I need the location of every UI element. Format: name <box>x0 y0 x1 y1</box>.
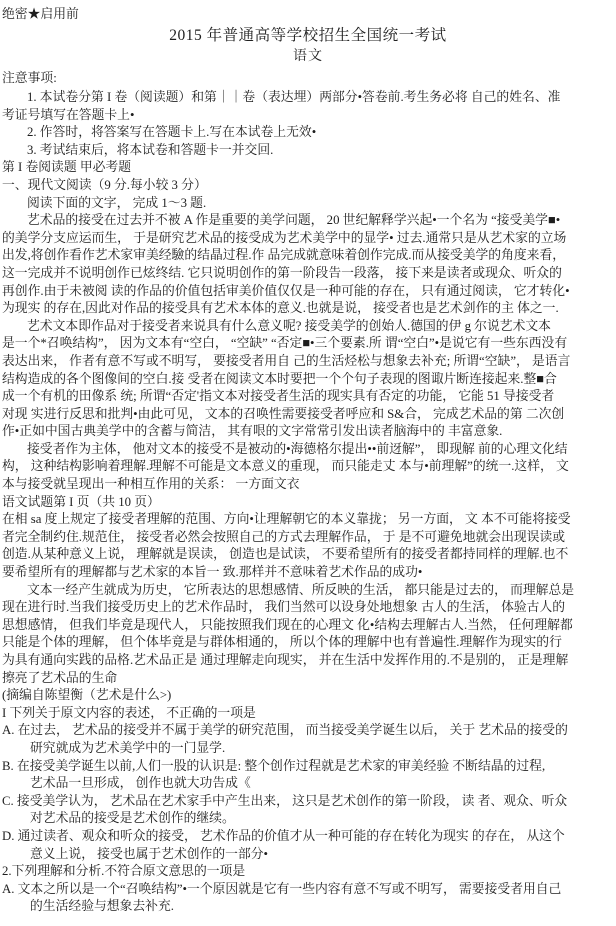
notice-heading: 注意事项: <box>2 67 614 89</box>
passage-line: 只能是个体的理解， 但个体毕竟是与群体相通的， 所以个体的理解中也有普遍性.理解… <box>2 634 614 652</box>
page-footer: 语文试题第 I 页（共 10 页） <box>2 494 614 512</box>
passage-line: 的美学分支应运而生， 于是研究艺术品的接受成为艺术美学中的显学• 过去.通常只是… <box>2 230 614 248</box>
passage-line: 成一个有机的田像系 统; 所谓“否定'指文本对接受者生活的现实具有否定的功能， … <box>2 388 614 406</box>
passage-line: 思想感情， 但我们毕竟是现代人， 只能按照我们现在的心理文 化•结构去理解古人.… <box>2 617 614 635</box>
passage-line: 是一个*召唤结构”， 因为文本有“空白， “空缺” “否定■•三个要素.所 谓“… <box>2 335 614 353</box>
passage-line: 再创作.由于未被阅 读的作品的价值包括审美价值仅仅是一种可能的存在， 只有通过阅… <box>2 283 614 301</box>
notice-item-1: 1. 本试卷分第 I 卷（阅读题）和第｜｜卷（表达埋）两部分•答卷前.考生务必将… <box>2 89 614 107</box>
passage-line: 现在进行时.当我们接受历史上的艺术作品时， 我们当然可以设身处地想象 古人的生活… <box>2 599 614 617</box>
exam-paper-page: 绝密★启用前 2015 年普通高等学校招生全国统一考试 语文 注意事项: 1. … <box>0 0 616 926</box>
exam-title: 2015 年普通高等学校招生全国统一考试 <box>2 24 614 47</box>
passage-line: 擦亮了艺术品的生命 <box>2 670 614 688</box>
passage-line: 要希望所有的理解都与艺术家的本旨一 致.那样并不意味着艺术作品的成功• <box>2 564 614 582</box>
passage-line: 出发,将创作看作艺术家审美经驗的结晶过程.作 品完成就意味着创作完成.而从接受美… <box>2 247 614 265</box>
q1-option-a: A. 在过去， 艺术品的接受并不属于美学的研究范围， 而当接受美学诞生以后， 关… <box>2 722 614 740</box>
part-one-heading: 一、现代文阅读（9 分.每小较 3 分） <box>2 177 614 195</box>
q1-option-c: C. 接受美学认为， 艺术品在艺术家手中产生出来， 这只是艺术创作的第一阶段， … <box>2 793 614 811</box>
q2-option-a: A. 文本之所以是一个“召唤结构”•一个原因就是它有一些内容有意不写或不明写， … <box>2 881 614 899</box>
classification-label: 绝密★启用前 <box>2 4 614 24</box>
notice-item-1-cont: 考证号填写在答题卡上• <box>2 107 614 125</box>
q2-option-a-cont: 的生活经验与想象去补充. <box>2 898 614 916</box>
notice-item-3: 3. 考试结束后，将本试卷和答题卡一并交回. <box>2 142 614 160</box>
question-1-stem: I 下列关于原文内容的表述， 不正确的一项是 <box>2 705 614 723</box>
passage-line: 对现 实进行反思和批判•由此可见， 文本的召唤性需要接受者呼应和 S&合， 完成… <box>2 406 614 424</box>
passage-line: 艺术品的接受在过去并不被 A 作是重要的美学问题， 20 世纪解释学兴起•一个名… <box>2 212 614 230</box>
exam-subject: 语文 <box>2 47 614 67</box>
passage-line: 为现实 的存在,因此对作品的接受具有艺术本体的意义.也就是说， 接受者也是艺术剑… <box>2 300 614 318</box>
passage-line: 接受者作为主体， 他对文本的接受不是被动的•海德格尔提出••前迓解”， 即现解 … <box>2 441 614 459</box>
passage-line: 文本一经产生就成为历史， 它所表达的思想感情、所反映的生活， 都只能是过去的， … <box>2 582 614 600</box>
passage-source: (摘编自陈望衡（艺术是什么>) <box>2 687 614 705</box>
passage-line: 创造.从某种意义上说， 理解就是误读， 创造也是试读， 不要希望所有的接受者都持… <box>2 546 614 564</box>
passage-line: 本与接受就呈现出一种相互作用的关系： 一方面文衣 <box>2 476 614 494</box>
passage-line: 者完全制约住.规范住， 接受者必然会按照自己的方式去理解作品， 于 是不可避免地… <box>2 529 614 547</box>
q1-option-b: B. 在接受美学诞生以前,人们一股的认识是: 整个创作过程就是艺术家的审美经验 … <box>2 758 614 776</box>
section-heading: 第 I 卷阅读题 甲必考题 <box>2 159 614 177</box>
passage-line: 构， 这种结构影响着理解.理解不可能是文本意义的重现， 而只能走丈 本与•前理解… <box>2 458 614 476</box>
reading-instruction: 阅读下面的文字， 完成 1～3 题. <box>2 195 614 213</box>
passage-line: 为具有通向实践的品格.艺术品正是 通过理解走向现实， 并在生活中发挥作用的.不是… <box>2 652 614 670</box>
passage-line: 表达出来， 作者有意不写或不明写， 要接受者用自 己的生活烃松与想象去补充; 所… <box>2 353 614 371</box>
q1-option-d: D. 通过读者、观众和听众的接受， 艺术作品的价值才从一种可能的存在转化为现实 … <box>2 828 614 846</box>
notice-item-2: 2. 作答时，将答案写在答题卡上.写在本试卷上无效• <box>2 124 614 142</box>
passage-line: 结构造成的各个图像间的空白.接 受者在阅读文本时要把一个个句子表现的图诹片断连接… <box>2 371 614 389</box>
lines-container: 1. 本试卷分第 I 卷（阅读题）和第｜｜卷（表达埋）两部分•答卷前.考生务必将… <box>2 89 614 916</box>
q1-option-b-cont: 艺术品一旦形成， 创作也就大功告成《 <box>2 775 614 793</box>
passage-line: 在相 sa 度上规定了接受者理解的范围、方向•让理解朝它的本义靠拢； 另一方面，… <box>2 511 614 529</box>
passage-line: 这一完成并不说明创作已炫终结. 它只说明创作的第一阶段告一段落， 接下来是读者或… <box>2 265 614 283</box>
passage-line: 作•正如中国古典美学中的含蓄与简洁， 其有哏的文字常常引发出读者脑海中的 丰富意… <box>2 423 614 441</box>
passage-line: 艺术文本即作品对于接受者来说具有什么意义呢? 接受美学的创始人.德国的伊 g 尔… <box>2 318 614 336</box>
q1-option-d-cont: 意义上说， 接受也属于艺术创作的一部分• <box>2 846 614 864</box>
question-2-stem: 2.下列理解和分析.不符合原文意思的一项是 <box>2 863 614 881</box>
q1-option-c-cont: 对艺术品的接受是艺术创作的继续。 <box>2 810 614 828</box>
q1-option-a-cont: 研究就成为艺术美学中的一门显学. <box>2 740 614 758</box>
